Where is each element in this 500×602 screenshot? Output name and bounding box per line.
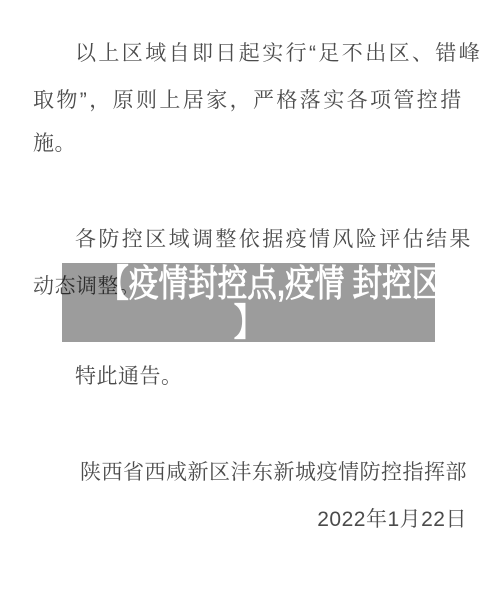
notice-page: 以上区域自即日起实行“足不出区、错峰 取物”，原则上居家，严格落实各项管控措 施…	[0, 0, 500, 602]
closing-statement: 特此通告。	[33, 354, 467, 399]
text-line: 施。	[33, 121, 467, 166]
text-line: 取物”，原则上居家，严格落实各项管控措	[33, 78, 467, 123]
text-line: 各防控区域调整依据疫情风险评估结果	[33, 217, 467, 262]
text-line: 以上区域自即日起实行“足不出区、错峰	[33, 31, 467, 76]
issuer-signature: 陕西省西咸新区沣东新城疫情防控指挥部	[33, 450, 467, 495]
overlay-title-line2: 】	[99, 303, 397, 342]
issue-date: 2022年1月22日	[33, 497, 467, 542]
title-overlay-banner: 【疫情封控点,疫情 封控区 】	[62, 263, 435, 342]
overlay-title-line1: 【疫情封控点,疫情 封控区	[99, 264, 397, 303]
